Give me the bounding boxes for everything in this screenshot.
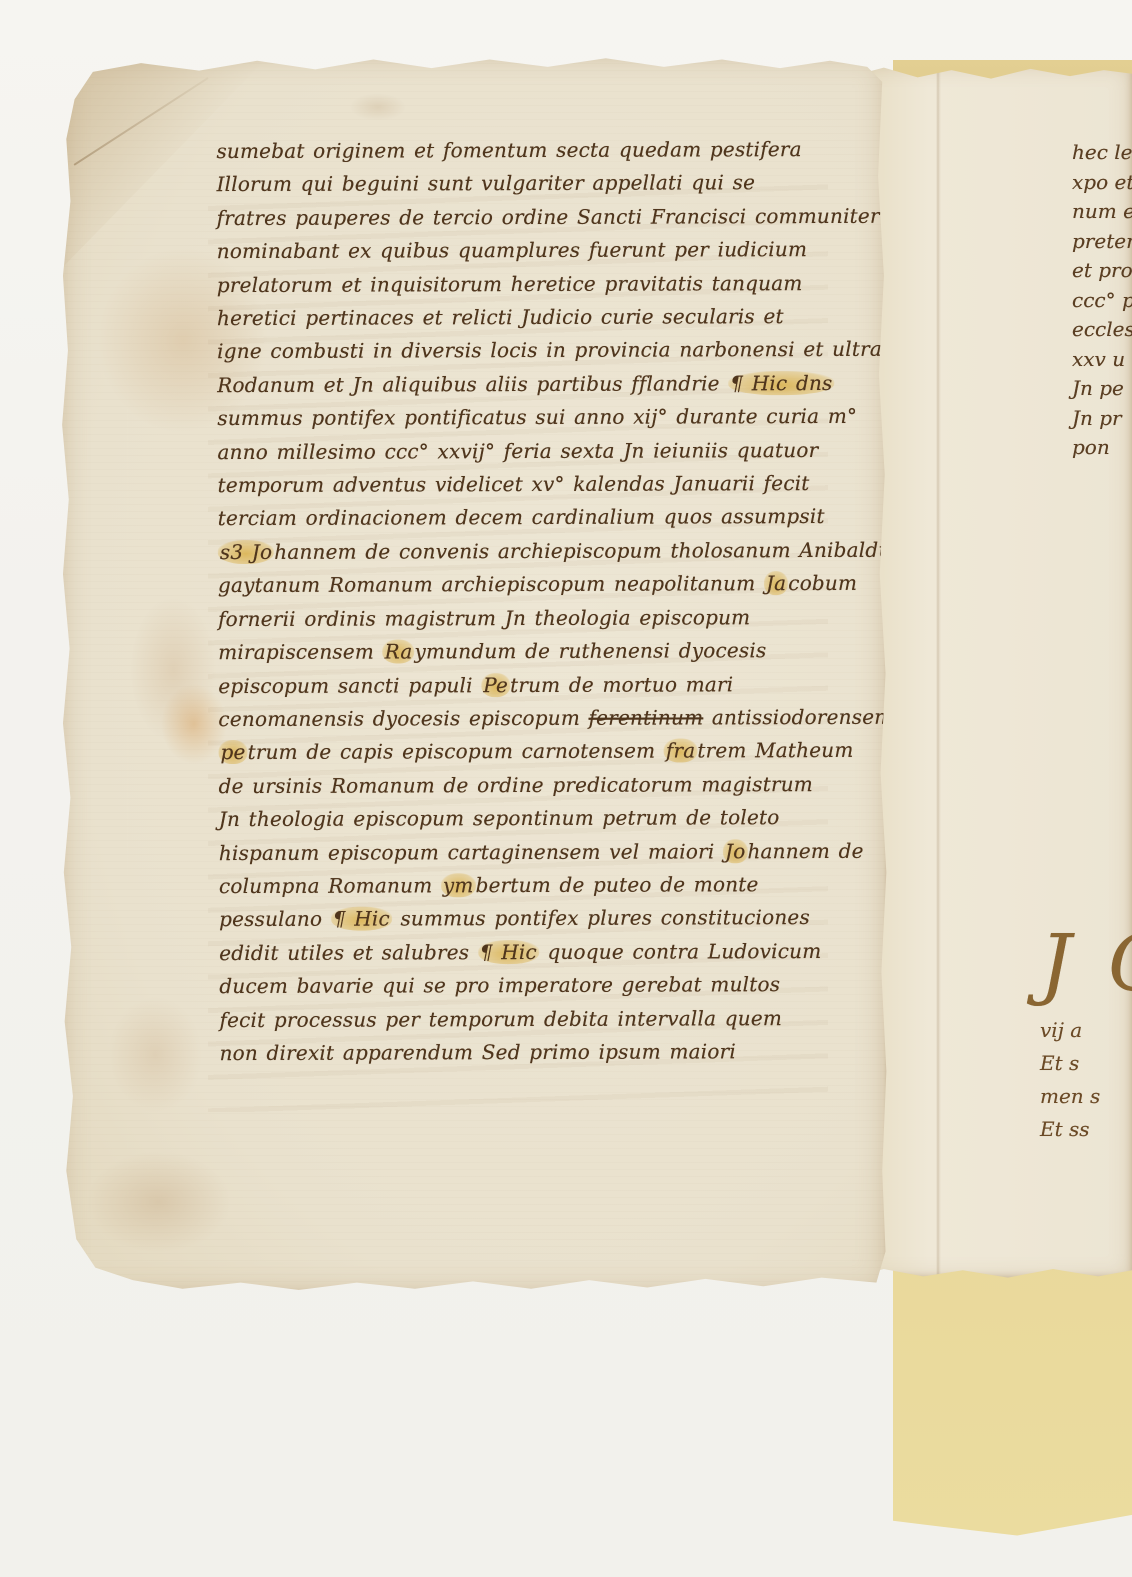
manuscript-line: anno millesimo ccc° xxvij° feria sexta J… bbox=[217, 434, 837, 470]
manuscript-line: summus pontifex pontificatus sui anno xi… bbox=[217, 400, 837, 436]
cut-off-line-fragment: num et bbox=[1072, 197, 1132, 227]
text-segment: igne combusti in diversis locis in provi… bbox=[217, 337, 882, 363]
text-segment: summus pontifex plures constituciones bbox=[392, 905, 810, 930]
manuscript-line: sumebat originem et fomentum secta queda… bbox=[216, 133, 836, 169]
cut-off-line-fragment: Jn pe bbox=[1072, 374, 1132, 404]
text-segment: trum de mortuo mari bbox=[510, 672, 733, 697]
text-segment: anno millesimo ccc° xxvij° feria sexta J… bbox=[217, 438, 818, 464]
yellow-washed-initial: Jo bbox=[723, 839, 748, 863]
text-segment: sumebat originem et fomentum secta queda… bbox=[216, 137, 801, 163]
cut-off-line-fragment: Jn pr bbox=[1072, 404, 1132, 434]
text-segment: nominabant ex quibus quamplures fuerunt … bbox=[217, 237, 807, 263]
manuscript-line: columpna Romanum ymbertum de puteo de mo… bbox=[219, 868, 839, 904]
manuscript-line: fornerii ordinis magistrum Jn theologia … bbox=[218, 601, 838, 637]
cut-off-line-fragment: xpo et bbox=[1072, 168, 1132, 198]
manuscript-line: de ursinis Romanum de ordine predicatoru… bbox=[219, 768, 839, 804]
manuscript-line: Illorum qui beguini sunt vulgariter appe… bbox=[216, 166, 836, 202]
manuscript-line: gaytanum Romanum archiepiscopum neapolit… bbox=[218, 567, 838, 603]
text-segment: de ursinis Romanum de ordine predicatoru… bbox=[219, 772, 813, 798]
manuscript-line: ducem bavarie qui se pro imperatore gere… bbox=[219, 968, 839, 1004]
manuscript-line: pessulano ¶ Hic summus pontifex plures c… bbox=[219, 901, 839, 937]
yellow-washed-initial: ym bbox=[441, 873, 476, 897]
text-segment: edidit utiles et salubres bbox=[219, 940, 478, 965]
text-segment: antissiodorensem bbox=[703, 705, 893, 730]
text-segment: bertum de puteo de monte bbox=[476, 872, 759, 897]
calligraphic-initial: J C bbox=[1040, 914, 1132, 1014]
text-segment: mirapiscensem bbox=[218, 640, 383, 665]
cut-off-line-fragment: Et ss bbox=[1040, 1113, 1132, 1146]
gutter-crease bbox=[936, 64, 941, 1280]
manuscript-line: episcopum sancti papuli Petrum de mortuo… bbox=[218, 667, 838, 703]
manuscript-line: heretici pertinaces et relicti Judicio c… bbox=[217, 300, 837, 336]
manuscript-line: edidit utiles et salubres ¶ Hic quoque c… bbox=[219, 935, 839, 971]
text-segment: summus pontifex pontificatus sui anno xi… bbox=[217, 404, 857, 430]
text-segment: cobum bbox=[788, 571, 857, 595]
scanned-manuscript-opening: hec lexpo etnum etpretendeet probccc° pe… bbox=[0, 0, 1132, 1577]
text-segment: gaytanum Romanum archiepiscopum neapolit… bbox=[218, 571, 764, 597]
text-segment: fornerii ordinis magistrum Jn theologia … bbox=[218, 605, 750, 631]
stain bbox=[66, 1137, 251, 1267]
text-segment: Illorum qui beguini sunt vulgariter appe… bbox=[216, 171, 755, 197]
text-segment: temporum adventus videlicet xv° kalendas… bbox=[218, 471, 810, 497]
manuscript-line: prelatorum et inquisitorum heretice prav… bbox=[217, 267, 837, 303]
text-segment: episcopum sancti papuli bbox=[218, 673, 481, 698]
yellow-washed-initial: Ra bbox=[383, 639, 415, 663]
stain bbox=[343, 90, 413, 124]
right-page-text-fragments-top: hec lexpo etnum etpretendeet probccc° pe… bbox=[1072, 138, 1132, 463]
yellow-washed-initial: fra bbox=[664, 739, 698, 763]
cut-off-line-fragment: et prob bbox=[1072, 256, 1132, 286]
text-segment: non direxit apparendum Sed primo ipsum m… bbox=[220, 1039, 736, 1065]
text-segment: hannem de bbox=[747, 838, 863, 862]
manuscript-line: temporum adventus videlicet xv° kalendas… bbox=[218, 467, 838, 503]
text-segment: heretici pertinaces et relicti Judicio c… bbox=[217, 304, 784, 330]
text-segment: trem Matheum bbox=[697, 738, 853, 763]
cut-off-line-fragment: Et s bbox=[1040, 1047, 1132, 1080]
cut-off-line-fragment: ccc° p bbox=[1072, 286, 1132, 316]
manuscript-line: hispanum episcopum cartaginensem vel mai… bbox=[219, 834, 839, 870]
text-segment: hispanum episcopum cartaginensem vel mai… bbox=[219, 839, 723, 865]
stain bbox=[93, 977, 218, 1132]
manuscript-text-block: sumebat originem et fomentum secta queda… bbox=[216, 133, 839, 1071]
yellow-washed-initial: Ja bbox=[764, 571, 788, 595]
cut-off-line-fragment: hec le bbox=[1072, 138, 1132, 168]
text-segment: fecit processus per temporum debita inte… bbox=[219, 1006, 782, 1032]
text-segment: trum de capis episcopum carnotensem bbox=[248, 739, 664, 764]
manuscript-line: Jn theologia episcopum sepontinum petrum… bbox=[219, 801, 839, 837]
text-segment: Rodanum et Jn aliquibus aliis partibus f… bbox=[217, 371, 728, 397]
text-segment: pessulano bbox=[219, 907, 331, 931]
cut-off-line-fragment: pon bbox=[1072, 433, 1132, 463]
cut-off-line-fragment: pretende bbox=[1072, 227, 1132, 257]
cut-off-line-fragment: men s bbox=[1040, 1080, 1132, 1113]
manuscript-line: cenomanensis dyocesis episcopum ferentin… bbox=[218, 701, 838, 737]
text-segment: columpna Romanum bbox=[219, 873, 441, 898]
yellow-washed-initial: pe bbox=[218, 740, 247, 764]
yellow-washed-initial: ¶ Hic dns bbox=[728, 371, 834, 395]
manuscript-line: s3 Johannem de convenis archiepiscopum t… bbox=[218, 534, 838, 570]
manuscript-line: Rodanum et Jn aliquibus aliis partibus f… bbox=[217, 367, 837, 403]
text-segment: Jn theologia episcopum sepontinum petrum… bbox=[219, 805, 780, 831]
text-segment: cenomanensis dyocesis episcopum bbox=[218, 706, 588, 731]
text-segment: ymundum de ruthenensi dyocesis bbox=[414, 638, 766, 663]
yellow-washed-initial: ¶ Hic bbox=[331, 907, 392, 931]
text-segment: prelatorum et inquisitorum heretice prav… bbox=[217, 271, 803, 297]
manuscript-line: nominabant ex quibus quamplures fuerunt … bbox=[217, 233, 837, 269]
left-page: sumebat originem et fomentum secta queda… bbox=[58, 52, 888, 1295]
right-page-text-fragments-bottom: J Cvij aEt smen sEt ss bbox=[1040, 914, 1132, 1146]
manuscript-line: terciam ordinacionem decem cardinalium q… bbox=[218, 500, 838, 536]
manuscript-line: igne combusti in diversis locis in provi… bbox=[217, 333, 837, 369]
text-segment: fratres pauperes de tercio ordine Sancti… bbox=[217, 204, 880, 230]
yellow-washed-initial: Pe bbox=[481, 673, 510, 697]
yellow-washed-initial: s3 Jo bbox=[218, 540, 274, 564]
text-segment: terciam ordinacionem decem cardinalium q… bbox=[218, 504, 825, 530]
manuscript-line: fratres pauperes de tercio ordine Sancti… bbox=[217, 200, 837, 236]
cut-off-line-fragment: vij a bbox=[1040, 1014, 1132, 1047]
text-segment: hannem de convenis archiepiscopum tholos… bbox=[274, 538, 910, 564]
right-page: hec lexpo etnum etpretendeet probccc° pe… bbox=[850, 64, 1132, 1280]
manuscript-line: petrum de capis episcopum carnotensem fr… bbox=[218, 734, 838, 770]
manuscript-line: non direxit apparendum Sed primo ipsum m… bbox=[220, 1035, 840, 1071]
cut-off-line-fragment: ecclesi bbox=[1072, 315, 1132, 345]
text-segment: ducem bavarie qui se pro imperatore gere… bbox=[219, 972, 780, 998]
manuscript-line: mirapiscensem Raymundum de ruthenensi dy… bbox=[218, 634, 838, 670]
text-segment: quoque contra Ludovicum bbox=[539, 939, 822, 964]
yellow-washed-initial: ¶ Hic bbox=[478, 940, 539, 964]
cut-off-line-fragment: xxv u bbox=[1072, 345, 1132, 375]
manuscript-line: fecit processus per temporum debita inte… bbox=[219, 1001, 839, 1037]
struck-word: ferentinum bbox=[589, 705, 704, 729]
